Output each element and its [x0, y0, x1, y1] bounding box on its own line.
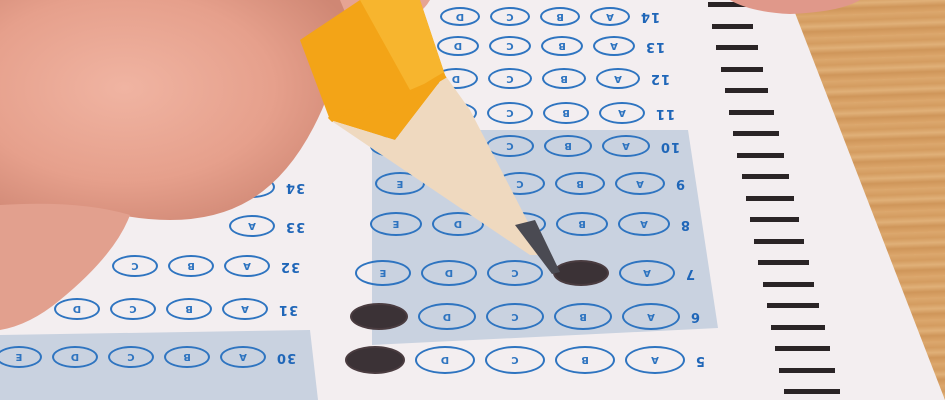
pencil — [0, 0, 945, 400]
photo-scene: 14ABCD13ABCD12ABCD11ABCD10ABCDE9ABCDE8AB… — [0, 0, 945, 400]
